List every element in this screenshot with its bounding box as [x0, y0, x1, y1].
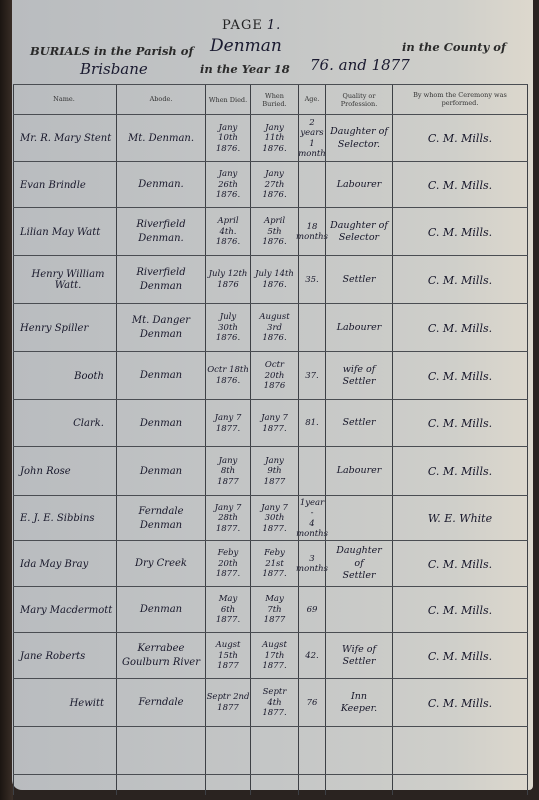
cell-officiant: C. M. Mills. [392, 633, 528, 679]
cell-when-died: Jany8th1877 [205, 447, 250, 496]
cell-when-buried-line: 1877. [262, 661, 286, 672]
cell-when-buried-line: 7th [267, 605, 281, 616]
table-row [13, 774, 528, 795]
cell-abode: Denman [116, 352, 205, 400]
header-line-1: BURIALS in the Parish of Denman in the C… [30, 44, 193, 58]
cell-age [298, 447, 325, 496]
cell-when-buried: Jany 730th1877. [250, 496, 298, 541]
cell-when-died-line: 26th [218, 180, 238, 191]
cell-officiant: C. M. Mills. [392, 447, 528, 496]
cell-age: 18months [298, 208, 325, 256]
cell-when-died-line: 1877. [216, 569, 240, 580]
cell-name: Henry Spiller [13, 304, 116, 352]
cell-abode: Denman [116, 400, 205, 447]
cell-quality-line: Labourer [337, 465, 382, 477]
cell-when-buried: Jany27th1876. [250, 162, 298, 208]
cell-when-buried-line: 1876. [262, 237, 286, 248]
cell-when-died-line: 1876. [216, 190, 240, 201]
cell-quality-line: Keeper. [341, 703, 377, 715]
cell-when-buried-line: 30th [265, 513, 285, 524]
cell-when-died-line: Septr 2nd [207, 692, 250, 703]
cell-when-died: Jany 728th1877. [205, 496, 250, 541]
cell-when-buried: Octr20th1876 [250, 352, 298, 400]
cell-officiant: C. M. Mills. [392, 541, 528, 587]
cell-age [298, 775, 325, 795]
cell-abode-line: Mt. Danger [132, 314, 190, 328]
cell-age-line: 35. [305, 275, 319, 285]
cell-officiant: C. M. Mills. [392, 587, 528, 633]
cell-abode: Mt. Denman. [116, 115, 205, 162]
cell-when-died: July 12th1876 [205, 256, 250, 304]
page-number: 1. [267, 18, 281, 33]
cell-quality: InnKeeper. [325, 679, 392, 727]
cell-when-died-line: Augst [216, 640, 241, 651]
cell-age-line: months [296, 564, 328, 574]
cell-name: John Rose [13, 447, 116, 496]
cell-age-line: 1 [309, 139, 314, 149]
cell-when-died-line: Jany 7 [215, 413, 242, 424]
cell-when-buried-line: 1876. [262, 190, 286, 201]
cell-age [298, 727, 325, 775]
cell-when-died: Septr 2nd1877 [205, 679, 250, 727]
cell-abode-line: Dry Creek [135, 557, 187, 571]
cell-officiant [392, 727, 528, 775]
cell-name: E. J. E. Sibbins [13, 496, 116, 541]
cell-abode: KerrabeeGoulburn River [116, 633, 205, 679]
cell-name: Mary Macdermott [13, 587, 116, 633]
cell-when-buried-line: 1877. [262, 708, 286, 719]
cell-abode-line: Denman [140, 369, 182, 383]
cell-abode-line: Riverfield [136, 218, 185, 232]
table-row: Lilian May WattRiverfieldDenman.April4th… [13, 207, 528, 256]
cell-abode: RiverfieldDenman. [116, 208, 205, 256]
cell-abode: Denman [116, 447, 205, 496]
year-label: in the Year 18 [200, 62, 290, 76]
cell-when-died-line: Jany 7 [215, 503, 242, 514]
cell-name [13, 775, 116, 795]
cell-when-buried-line: Jany [265, 456, 284, 467]
cell-name: Clark. [13, 400, 116, 447]
cell-abode-line: Ferndale [138, 505, 183, 519]
table-row: Jane RobertsKerrabeeGoulburn RiverAugst1… [13, 632, 528, 679]
col-header-when-buried: When Buried. [250, 85, 298, 115]
cell-when-died-line: May [219, 594, 238, 605]
county-name: Brisbane [80, 60, 148, 78]
cell-quality [325, 727, 392, 775]
cell-when-buried-line: August [259, 312, 289, 323]
cell-when-buried-line: 5th [267, 227, 281, 238]
cell-when-buried [250, 727, 298, 775]
cell-when-buried: Septr4th1877. [250, 679, 298, 727]
cell-when-died: Augst15th1877 [205, 633, 250, 679]
cell-when-died: April4th.1876. [205, 208, 250, 256]
cell-age-line: - [311, 508, 314, 518]
cell-when-died-line: 10th [218, 133, 238, 144]
col-header-name: Name. [13, 85, 116, 115]
col-header-abode: Abode. [116, 85, 205, 115]
cell-when-buried-line: 1877 [264, 477, 286, 488]
cell-quality: Daughter ofSelector [325, 208, 392, 256]
county-label: in the County of [402, 40, 506, 54]
cell-when-buried: April5th1876. [250, 208, 298, 256]
cell-age-line: 81. [305, 418, 319, 428]
cell-when-died-line: 15th [218, 651, 238, 662]
cell-name: Ida May Bray [13, 541, 116, 587]
cell-when-buried: July 14th1876. [250, 256, 298, 304]
cell-age: 3months [298, 541, 325, 587]
cell-when-died-line: 1876 [217, 280, 239, 291]
cell-age-line: 37. [305, 371, 319, 381]
cell-abode: Mt. DangerDenman [116, 304, 205, 352]
cell-quality: Labourer [325, 304, 392, 352]
page-title: PAGE1. [222, 18, 281, 33]
cell-abode-line: Denman [140, 519, 182, 533]
cell-abode-line: Mt. Denman. [128, 132, 194, 146]
cell-when-buried-line: May [265, 594, 284, 605]
cell-when-died-line: Jany [219, 123, 238, 134]
cell-when-died: Octr 18th1876. [205, 352, 250, 400]
cell-when-buried-line: July 14th [255, 269, 294, 280]
cell-when-died-line: 1876. [216, 376, 240, 387]
cell-abode-line: Ferndale [138, 696, 183, 710]
cell-when-buried-line: Octr [265, 360, 284, 371]
cell-officiant: C. M. Mills. [392, 115, 528, 162]
cell-when-died-line: 1876. [216, 237, 240, 248]
cell-age [298, 304, 325, 352]
cell-when-buried: Jany11th1876. [250, 115, 298, 162]
col-header-by-whom: By whom the Ceremony was performed. [392, 85, 528, 115]
cell-quality-line: Wife of [342, 644, 376, 656]
table-row [13, 726, 528, 775]
cell-quality-line: Settler [343, 417, 376, 429]
cell-quality-line: Selector [339, 232, 379, 244]
cell-when-buried-line: 11th [265, 133, 285, 144]
cell-quality-line: Daughter of [330, 220, 388, 232]
cell-age: 37. [298, 352, 325, 400]
cell-when-died-line: 1876. [216, 333, 240, 344]
cell-age: 1year-4 months [298, 496, 325, 541]
cell-when-buried [250, 775, 298, 795]
cell-when-buried-line: Jany [265, 169, 284, 180]
cell-when-died [205, 775, 250, 795]
cell-abode: RiverfieldDenman [116, 256, 205, 304]
cell-officiant: C. M. Mills. [392, 679, 528, 727]
cell-when-buried-line: 1877 [264, 615, 286, 626]
cell-when-died-line: 1877 [217, 703, 239, 714]
cell-age-line: years [300, 128, 323, 138]
cell-when-buried-line: 27th [265, 180, 285, 191]
cell-when-buried-line: 1876 [264, 381, 286, 392]
table-row: BoothDenmanOctr 18th1876.Octr20th187637.… [13, 351, 528, 400]
cell-name: Lilian May Watt [13, 208, 116, 256]
cell-abode: Dry Creek [116, 541, 205, 587]
cell-when-died-line: Jany [219, 169, 238, 180]
parish-name: Denman [210, 36, 282, 56]
cell-age: 76 [298, 679, 325, 727]
table-header-row: Name. Abode. When Died. When Buried. Age… [13, 84, 528, 115]
cell-abode-line: Denman [140, 280, 182, 294]
page-label: PAGE [222, 18, 263, 33]
table-row: E. J. E. SibbinsFerndaleDenmanJany 728th… [13, 495, 528, 541]
table-row: John RoseDenmanJany8th1877Jany9th1877Lab… [13, 446, 528, 496]
col-header-age: Age. [298, 85, 325, 115]
cell-when-buried: May7th1877 [250, 587, 298, 633]
cell-when-buried-line: 9th [267, 466, 281, 477]
cell-abode-line: Denman [140, 417, 182, 431]
cell-when-died-line: Feby [218, 548, 239, 559]
cell-when-buried-line: April [264, 216, 285, 227]
cell-age [298, 162, 325, 208]
cell-age: 42. [298, 633, 325, 679]
cell-when-buried-line: 1877. [262, 424, 286, 435]
cell-when-buried: August3rd1876. [250, 304, 298, 352]
cell-officiant [392, 775, 528, 795]
table-row: Evan BrindleDenman.Jany26th1876.Jany27th… [13, 161, 528, 208]
cell-abode: FerndaleDenman [116, 496, 205, 541]
cell-when-died-line: 1877. [216, 615, 240, 626]
cell-quality: Settler [325, 256, 392, 304]
cell-age-line: 42. [305, 651, 319, 661]
cell-when-died [205, 727, 250, 775]
cell-age-line: months [296, 232, 328, 242]
cell-abode-line: Denman. [138, 232, 183, 246]
cell-age: 69 [298, 587, 325, 633]
cell-quality: Labourer [325, 162, 392, 208]
cell-quality: Wife ofSettler [325, 633, 392, 679]
cell-age: 81. [298, 400, 325, 447]
cell-when-buried-line: 3rd [267, 323, 282, 334]
cell-age-line: month [298, 149, 326, 159]
cell-quality: Labourer [325, 447, 392, 496]
cell-when-died-line: April [217, 216, 238, 227]
col-header-quality: Quality or Profession. [325, 85, 392, 115]
cell-when-buried: Jany9th1877 [250, 447, 298, 496]
cell-when-died-line: July [220, 312, 236, 323]
cell-when-died: Jany10th1876. [205, 115, 250, 162]
cell-age-line: 4 months [296, 519, 328, 539]
table-row: Henry SpillerMt. DangerDenmanJuly30th187… [13, 303, 528, 352]
cell-when-died-line: 8th [221, 466, 235, 477]
cell-name: Mr. R. Mary Stent [13, 115, 116, 162]
cell-officiant: C. M. Mills. [392, 256, 528, 304]
cell-when-died-line: 1876. [216, 144, 240, 155]
cell-age-line: 69 [307, 605, 318, 615]
cell-when-buried-line: 1877. [262, 569, 286, 580]
cell-when-died: July30th1876. [205, 304, 250, 352]
cell-when-buried-line: Feby [264, 548, 285, 559]
cell-officiant: C. M. Mills. [392, 304, 528, 352]
cell-quality-line: Inn [351, 691, 367, 703]
cell-when-died: May6th1877. [205, 587, 250, 633]
cell-when-buried: Jany 71877. [250, 400, 298, 447]
cell-abode [116, 775, 205, 795]
burials-label: BURIALS in the Parish of [30, 44, 193, 58]
cell-quality-line: Settler [343, 376, 376, 388]
cell-name: Hewitt [13, 679, 116, 727]
cell-when-died-line: Jany [219, 456, 238, 467]
cell-quality [325, 587, 392, 633]
cell-age: 35. [298, 256, 325, 304]
cell-quality-line: Settler [343, 274, 376, 286]
cell-when-buried-line: Septr [263, 687, 287, 698]
table-row: Ida May BrayDry CreekFeby20th1877.Feby21… [13, 540, 528, 587]
cell-when-buried-line: Jany 7 [261, 503, 288, 514]
cell-age-line: 18 [307, 222, 318, 232]
cell-when-died-line: 30th [218, 323, 238, 334]
cell-officiant: C. M. Mills. [392, 208, 528, 256]
cell-when-buried-line: 4th [267, 698, 281, 709]
cell-age-line: 76 [307, 698, 318, 708]
cell-age: 2years1month [298, 115, 325, 162]
cell-abode-line: Goulburn River [122, 656, 200, 670]
years-value: 76. and 1877 [310, 56, 410, 74]
cell-quality-line: Daughter [336, 545, 382, 557]
cell-abode-line: Denman. [138, 178, 183, 192]
cell-when-died-line: 1877. [216, 524, 240, 535]
cell-name: Jane Roberts [13, 633, 116, 679]
cell-when-buried: Feby21st1877. [250, 541, 298, 587]
cell-age-line: 3 [309, 554, 314, 564]
cell-when-buried-line: 1876. [262, 333, 286, 344]
cell-quality: wife ofSettler [325, 352, 392, 400]
cell-abode-line: Riverfield [136, 266, 185, 280]
cell-quality-line: wife of [343, 364, 376, 376]
cell-officiant: C. M. Mills. [392, 162, 528, 208]
cell-when-died: Jany 71877. [205, 400, 250, 447]
cell-when-died-line: July 12th [209, 269, 248, 280]
cell-when-died-line: 4th. [220, 227, 237, 238]
cell-quality-line: Labourer [337, 322, 382, 334]
cell-abode: Ferndale [116, 679, 205, 727]
cell-age-line: 1year [300, 498, 324, 508]
cell-abode: Denman [116, 587, 205, 633]
cell-officiant: W. E. White [392, 496, 528, 541]
cell-quality-line: Settler [343, 656, 376, 668]
cell-quality-line: Daughter of [330, 126, 388, 138]
cell-name: Henry William Watt. [13, 256, 116, 304]
cell-when-died-line: 1877 [217, 477, 239, 488]
cell-name: Evan Brindle [13, 162, 116, 208]
cell-quality-line: Settler [343, 570, 376, 582]
cell-abode [116, 727, 205, 775]
cell-abode-line: Denman [140, 603, 182, 617]
cell-quality-line: of [354, 558, 363, 570]
cell-when-buried-line: 21st [265, 559, 284, 570]
cell-quality: DaughterofSettler [325, 541, 392, 587]
cell-when-buried-line: 17th [265, 651, 285, 662]
cell-officiant: C. M. Mills. [392, 352, 528, 400]
cell-quality-line: Labourer [337, 179, 382, 191]
cell-quality: Settler [325, 400, 392, 447]
col-header-when-died: When Died. [205, 85, 250, 115]
table-row: Mr. R. Mary StentMt. Denman.Jany10th1876… [13, 114, 528, 162]
cell-abode-line: Denman [140, 328, 182, 342]
cell-when-buried: Augst17th1877. [250, 633, 298, 679]
cell-when-buried-line: Jany [265, 123, 284, 134]
cell-quality-line: Selector. [338, 139, 380, 151]
cell-quality [325, 775, 392, 795]
cell-when-died-line: 6th [221, 605, 235, 616]
cell-officiant: C. M. Mills. [392, 400, 528, 447]
cell-when-died-line: 20th [218, 559, 238, 570]
cell-quality [325, 496, 392, 541]
cell-when-buried-line: Jany 7 [261, 413, 288, 424]
cell-when-died-line: 28th [218, 513, 238, 524]
cell-when-buried-line: 1876. [262, 280, 286, 291]
cell-when-died: Feby20th1877. [205, 541, 250, 587]
table-row: HewittFerndaleSeptr 2nd1877Septr4th1877.… [13, 678, 528, 727]
cell-quality: Daughter ofSelector. [325, 115, 392, 162]
cell-when-died-line: Octr 18th [207, 365, 249, 376]
cell-age-line: 2 [309, 118, 314, 128]
cell-when-buried-line: 1876. [262, 144, 286, 155]
cell-abode: Denman. [116, 162, 205, 208]
table-row: Mary MacdermottDenmanMay6th1877.May7th18… [13, 586, 528, 633]
cell-abode-line: Kerrabee [138, 642, 185, 656]
cell-when-buried-line: Augst [262, 640, 287, 651]
cell-when-buried-line: 20th [265, 371, 285, 382]
table-row: Clark.DenmanJany 71877.Jany 71877.81.Set… [13, 399, 528, 447]
cell-abode-line: Denman [140, 465, 182, 479]
cell-name: Booth [13, 352, 116, 400]
cell-when-died-line: 1877 [217, 661, 239, 672]
cell-when-died: Jany26th1876. [205, 162, 250, 208]
cell-name [13, 727, 116, 775]
cell-when-buried-line: 1877. [262, 524, 286, 535]
table-row: Henry William Watt.RiverfieldDenmanJuly … [13, 255, 528, 304]
cell-when-died-line: 1877. [216, 424, 240, 435]
